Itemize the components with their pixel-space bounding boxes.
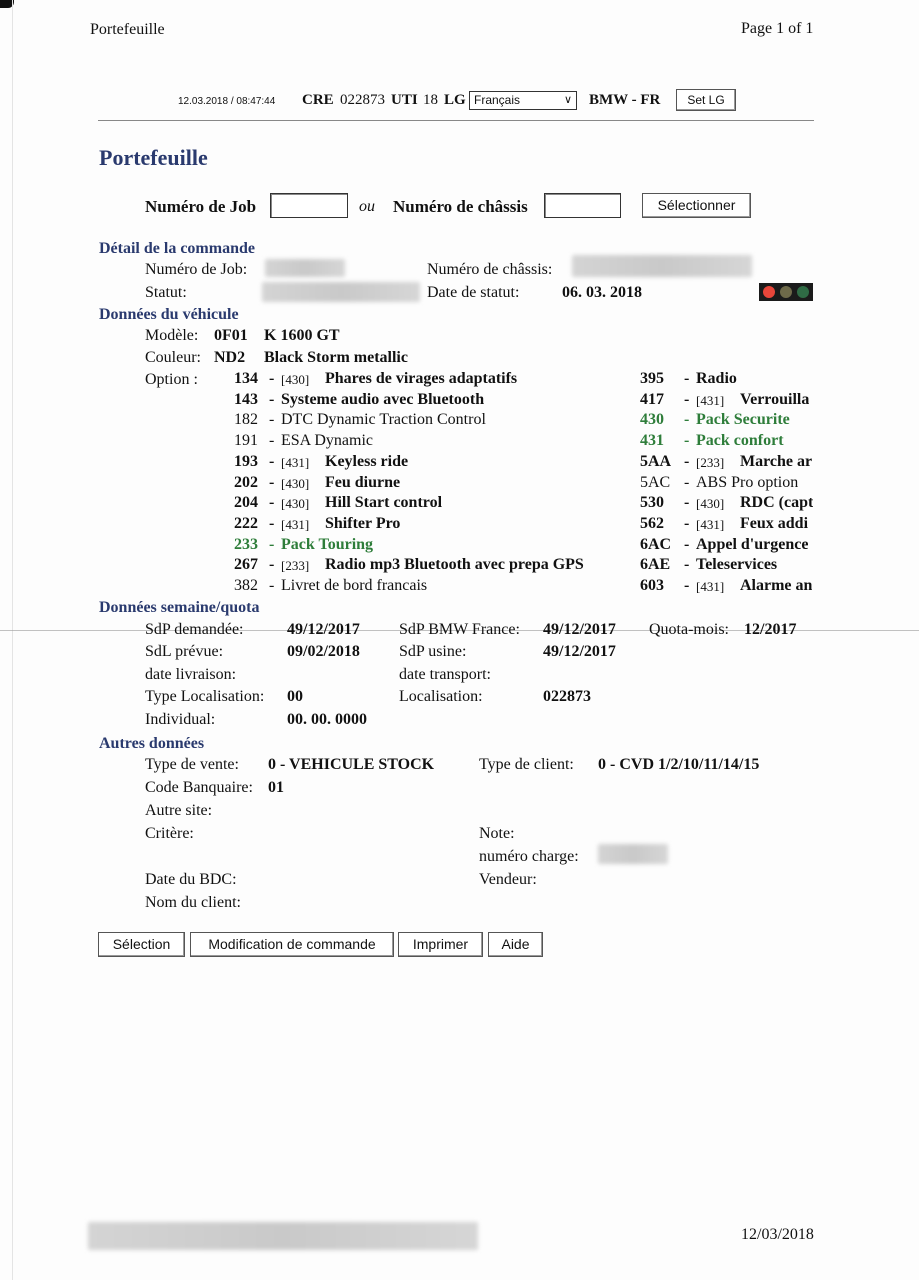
chassis-number-input[interactable] <box>544 193 621 218</box>
option-name: Livret de bord francais <box>281 577 427 595</box>
code-banquaire-label: Code Banquaire: <box>145 779 253 797</box>
option-ref: [431] <box>696 393 724 409</box>
option-dash: - <box>684 391 689 409</box>
selection-button[interactable]: Sélection <box>98 932 185 957</box>
individual-label: Individual: <box>145 711 215 729</box>
option-ref: [430] <box>281 496 309 512</box>
code-banquaire-value: 01 <box>268 779 284 797</box>
date-transport-label: date transport: <box>399 666 491 684</box>
job-number-input[interactable] <box>270 193 348 218</box>
localisation-label: Localisation: <box>399 688 483 706</box>
option-dash: - <box>684 411 689 429</box>
section-order-detail: Détail de la commande <box>99 240 255 258</box>
option-ref: [431] <box>281 455 309 471</box>
status-date-label: Date de statut: <box>427 284 519 302</box>
page-title: Portefeuille <box>99 145 208 171</box>
option-ref: [430] <box>281 372 309 388</box>
option-name: Appel d'urgence <box>696 536 808 554</box>
option-name: Feu diurne <box>325 474 400 492</box>
option-code: 233 <box>234 536 258 554</box>
uti-label: UTI <box>391 92 418 109</box>
select-button[interactable]: Sélectionner <box>642 193 751 218</box>
date-bdc-label: Date du BDC: <box>145 871 237 889</box>
option-code: 603 <box>640 577 664 595</box>
option-name: RDC (capt <box>740 494 813 512</box>
modify-order-button[interactable]: Modification de commande <box>190 932 394 957</box>
localisation-value: 022873 <box>543 688 591 706</box>
order-status-label: Statut: <box>145 284 187 302</box>
option-name: Verrouilla <box>740 391 809 409</box>
color-name: Black Storm metallic <box>264 349 408 367</box>
option-dash: - <box>269 577 274 595</box>
help-button[interactable]: Aide <box>488 932 543 957</box>
option-label: Option : <box>145 371 198 389</box>
option-dash: - <box>269 453 274 471</box>
option-ref: [431] <box>696 579 724 595</box>
option-name: Marche ar <box>740 453 812 471</box>
option-name: DTC Dynamic Traction Control <box>281 411 486 429</box>
option-code: 431 <box>640 432 664 450</box>
or-label: ou <box>359 198 375 216</box>
option-code: 267 <box>234 556 258 574</box>
option-name: Feux addi <box>740 515 808 533</box>
option-code: 6AC <box>640 536 671 554</box>
option-name: Alarme an <box>740 577 812 595</box>
option-dash: - <box>269 515 274 533</box>
redacted-job-number <box>265 259 345 277</box>
redacted-footer-url <box>88 1222 478 1250</box>
section-vehicle-data: Données du véhicule <box>99 306 239 324</box>
option-dash: - <box>684 577 689 595</box>
chevron-down-icon: ∨ <box>564 92 572 108</box>
status-traffic-light <box>759 283 813 301</box>
option-code: 382 <box>234 577 258 595</box>
sdl-prevue-value: 09/02/2018 <box>287 643 360 661</box>
option-name: Radio <box>696 370 737 388</box>
option-code: 430 <box>640 411 664 429</box>
cre-value: 022873 <box>340 92 385 109</box>
red-light-icon <box>763 286 775 298</box>
type-client-label: Type de client: <box>479 756 574 774</box>
option-code: 202 <box>234 474 258 492</box>
option-name: Shifter Pro <box>325 515 400 533</box>
option-dash: - <box>269 411 274 429</box>
option-code: 204 <box>234 494 258 512</box>
language-select[interactable]: Français ∨ <box>469 91 577 110</box>
option-dash: - <box>269 536 274 554</box>
option-code: 134 <box>234 370 258 388</box>
order-job-label: Numéro de Job: <box>145 261 247 279</box>
option-dash: - <box>269 474 274 492</box>
option-code: 143 <box>234 391 258 409</box>
sdp-usine-value: 49/12/2017 <box>543 643 616 661</box>
model-label: Modèle: <box>145 327 198 345</box>
option-name: Radio mp3 Bluetooth avec prepa GPS <box>325 556 584 574</box>
option-code: 222 <box>234 515 258 533</box>
option-ref: [430] <box>281 476 309 492</box>
lg-label: LG <box>444 92 466 109</box>
type-vente-value: 0 - VEHICULE STOCK <box>268 756 434 774</box>
option-name: Phares de virages adaptatifs <box>325 370 517 388</box>
topbar-divider <box>98 120 814 121</box>
option-code: 5AA <box>640 453 671 471</box>
option-name: Keyless ride <box>325 453 408 471</box>
option-ref: [233] <box>281 558 309 574</box>
option-name: Pack confort <box>696 432 784 450</box>
color-code: ND2 <box>214 349 245 367</box>
option-dash: - <box>684 453 689 471</box>
uti-value: 18 <box>423 92 438 109</box>
critere-label: Critère: <box>145 825 194 843</box>
option-name: Pack Securite <box>696 411 790 429</box>
brand-label: BMW - FR <box>589 92 660 109</box>
status-date-value: 06. 03. 2018 <box>562 284 642 302</box>
option-dash: - <box>269 494 274 512</box>
type-localisation-label: Type Localisation: <box>145 688 264 706</box>
option-code: 6AE <box>640 556 670 574</box>
type-client-value: 0 - CVD 1/2/10/11/14/15 <box>598 756 759 774</box>
print-button[interactable]: Imprimer <box>398 932 483 957</box>
option-code: 182 <box>234 411 258 429</box>
option-code: 5AC <box>640 474 670 492</box>
option-dash: - <box>684 474 689 492</box>
option-code: 395 <box>640 370 664 388</box>
quota-mois-value: 12/2017 <box>744 621 796 639</box>
option-code: 530 <box>640 494 664 512</box>
option-dash: - <box>684 536 689 554</box>
option-code: 417 <box>640 391 664 409</box>
redacted-chassis-number <box>572 255 752 277</box>
redacted-charge-number <box>598 844 668 864</box>
section-other-data: Autres données <box>99 735 204 753</box>
chassis-search-label: Numéro de châssis <box>393 197 528 217</box>
option-dash: - <box>684 494 689 512</box>
sdp-demandee-label: SdP demandée: <box>145 621 244 639</box>
vendeur-label: Vendeur: <box>479 871 537 889</box>
model-code: 0F01 <box>214 327 248 345</box>
print-header-title: Portefeuille <box>90 21 165 39</box>
option-dash: - <box>269 391 274 409</box>
option-dash: - <box>269 556 274 574</box>
option-code: 191 <box>234 432 258 450</box>
green-light-icon <box>797 286 809 298</box>
order-chassis-label: Numéro de châssis: <box>427 261 552 279</box>
option-dash: - <box>684 515 689 533</box>
cre-label: CRE <box>302 92 334 109</box>
option-ref: [431] <box>281 517 309 533</box>
sdl-prevue-label: SdL prévue: <box>145 643 223 661</box>
numero-charge-label: numéro charge: <box>479 848 579 866</box>
option-ref: [233] <box>696 455 724 471</box>
print-header-page-info: Page 1 of 1 <box>741 20 813 38</box>
sdp-demandee-value: 49/12/2017 <box>287 621 360 639</box>
sdp-bmw-france-label: SdP BMW France: <box>399 621 520 639</box>
model-name: K 1600 GT <box>264 327 340 345</box>
option-code: 193 <box>234 453 258 471</box>
sdp-bmw-france-value: 49/12/2017 <box>543 621 616 639</box>
option-dash: - <box>269 370 274 388</box>
option-name: Pack Touring <box>281 536 373 554</box>
option-dash: - <box>269 432 274 450</box>
autre-site-label: Autre site: <box>145 802 212 820</box>
option-ref: [430] <box>696 496 724 512</box>
option-code: 562 <box>640 515 664 533</box>
yellow-light-icon <box>780 286 792 298</box>
nom-client-label: Nom du client: <box>145 894 241 912</box>
option-name: Hill Start control <box>325 494 442 512</box>
note-label: Note: <box>479 825 515 843</box>
redacted-status <box>262 282 420 302</box>
quota-mois-label: Quota-mois: <box>649 621 729 639</box>
option-dash: - <box>684 556 689 574</box>
type-localisation-value: 00 <box>287 688 303 706</box>
option-name: Systeme audio avec Bluetooth <box>281 391 484 409</box>
option-dash: - <box>684 432 689 450</box>
option-ref: [431] <box>696 517 724 533</box>
date-livraison-label: date livraison: <box>145 666 236 684</box>
option-name: ESA Dynamic <box>281 432 373 450</box>
section-week-quota: Données semaine/quota <box>99 599 259 617</box>
session-datetime: 12.03.2018 / 08:47:44 <box>178 96 275 107</box>
option-name: Teleservices <box>696 556 777 574</box>
sdp-usine-label: SdP usine: <box>399 643 466 661</box>
set-lg-button[interactable]: Set LG <box>676 89 736 111</box>
color-label: Couleur: <box>145 349 201 367</box>
option-name: ABS Pro option <box>696 474 798 492</box>
scan-edge <box>12 0 13 1280</box>
individual-value: 00. 00. 0000 <box>287 711 367 729</box>
language-selected-value: Français <box>474 93 520 107</box>
job-search-label: Numéro de Job <box>145 197 256 217</box>
print-footer-date: 12/03/2018 <box>741 1226 814 1244</box>
type-vente-label: Type de vente: <box>145 756 239 774</box>
option-dash: - <box>684 370 689 388</box>
